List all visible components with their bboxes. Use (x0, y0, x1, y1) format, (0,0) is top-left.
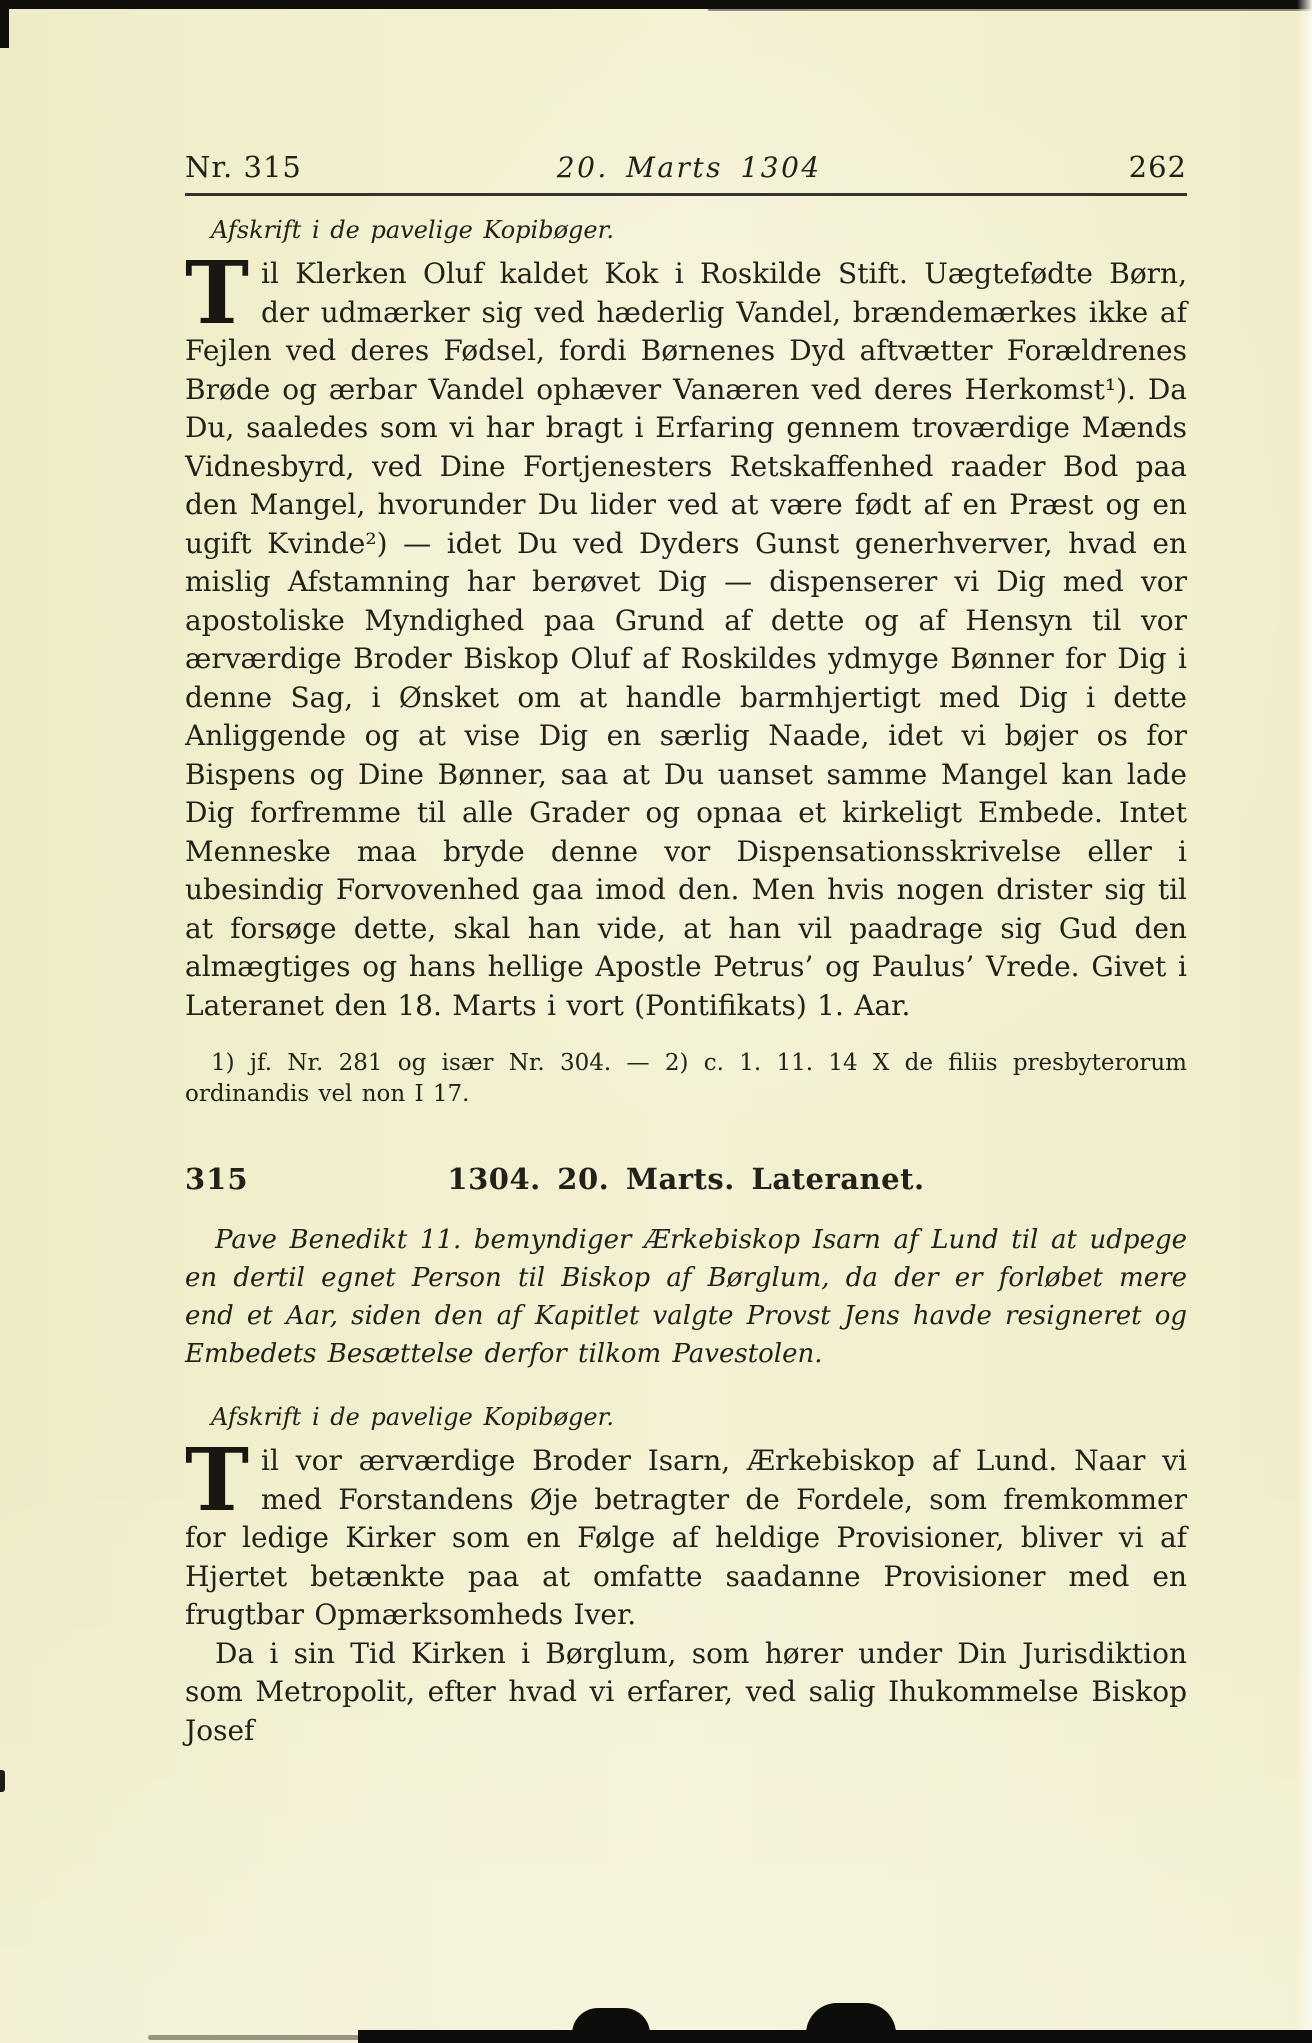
page-content: Nr. 315 20. Marts 1304 262 Afskrift i de… (185, 0, 1187, 1750)
running-header: Nr. 315 20. Marts 1304 262 (185, 150, 1187, 184)
letter1-text: il Klerken Oluf kaldet Kok i Roskilde St… (185, 257, 1187, 1022)
scan-edge-top-left (0, 0, 9, 48)
header-rule (185, 193, 1187, 196)
source-note-2: Afskrift i de pavelige Kopibøger. (211, 1402, 1187, 1432)
source-note-1: Afskrift i de pavelige Kopibøger. (211, 215, 1187, 245)
scan-smudge-bottom (148, 2035, 364, 2040)
letter2-paragraph2: Da i sin Tid Kirken i Børglum, som hører… (185, 1635, 1187, 1751)
scan-edge-right-light (1297, 0, 1312, 2043)
scanned-book-page: Nr. 315 20. Marts 1304 262 Afskrift i de… (0, 0, 1312, 2043)
footnote-line: 1) jf. Nr. 281 og især Nr. 304. — 2) c. … (185, 1048, 1187, 1110)
entry-heading: 315 1304. 20. Marts. Lateranet. (185, 1162, 1187, 1196)
entry-reference: Nr. 315 (185, 150, 302, 184)
entry-dateline: 1304. 20. Marts. Lateranet. (185, 1162, 1187, 1196)
scan-bump-left (572, 2008, 650, 2034)
drop-cap-initial-2: T (185, 1442, 261, 1514)
drop-cap-initial-1: T (185, 255, 261, 327)
letter2-paragraph1: Til vor ærværdige Broder Isarn, Ærkebisk… (185, 1442, 1187, 1635)
scan-bump-right (806, 2003, 896, 2034)
letter1-body: Til Klerken Oluf kaldet Kok i Roskilde S… (185, 255, 1187, 1025)
running-title-date: 20. Marts 1304 (557, 151, 822, 184)
entry-summary: Pave Benedikt 11. bemyndiger Ærkebiskop … (185, 1221, 1187, 1373)
page-number: 262 (1129, 150, 1187, 184)
entry-number: 315 (185, 1162, 249, 1196)
letter2-text-1: il vor ærværdige Broder Isarn, Ærkebisko… (185, 1444, 1187, 1631)
scan-mark-left (0, 1770, 5, 1792)
